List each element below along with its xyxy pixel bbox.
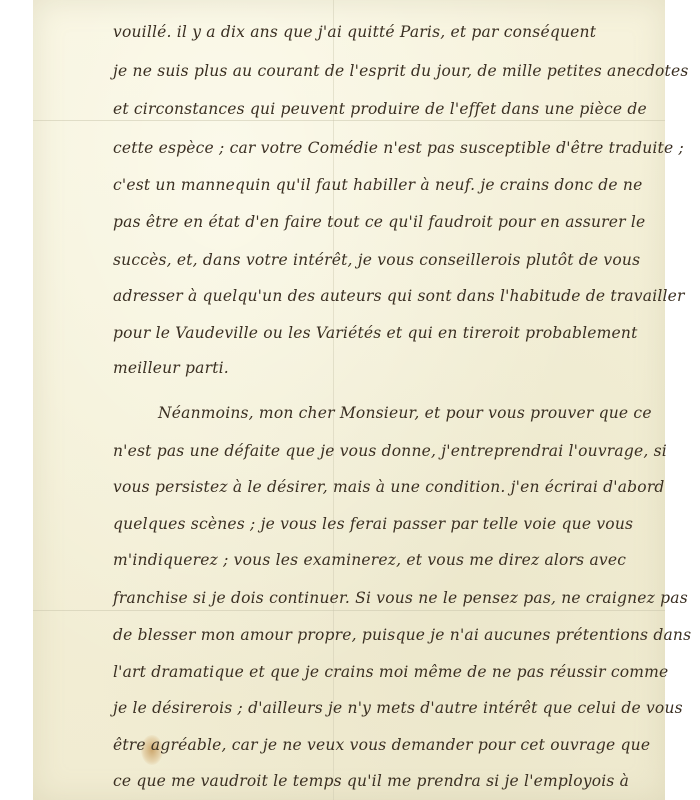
text-line: je ne suis plus au courant de l'esprit d…	[113, 62, 689, 80]
text-line: m'indiquerez ; vous les examinerez, et v…	[113, 551, 626, 569]
text-line: succès, et, dans votre intérêt, je vous …	[113, 251, 640, 269]
text-line: pas être en état d'en faire tout ce qu'i…	[113, 213, 645, 231]
text-line: l'art dramatique et que je crains moi mê…	[113, 663, 668, 681]
text-line: pour le Vaudeville ou les Variétés et qu…	[113, 324, 638, 342]
letter-page: vouillé. il y a dix ans que j'ai quitté …	[33, 0, 665, 800]
text-line: et circonstances qui peuvent produire de…	[113, 100, 647, 118]
text-line: c'est un mannequin qu'il faut habiller à…	[113, 176, 642, 194]
text-line: ce que me vaudroit le temps qu'il me pre…	[113, 772, 629, 790]
text-line: n'est pas une défaite que je vous donne,…	[113, 442, 667, 460]
text-line: quelques scènes ; je vous les ferai pass…	[113, 515, 633, 533]
text-line: être agréable, car je ne veux vous deman…	[113, 736, 650, 754]
text-line: vous persistez à le désirer, mais à une …	[113, 478, 665, 496]
text-line: franchise si je dois continuer. Si vous …	[113, 589, 688, 607]
text-line: adresser à quelqu'un des auteurs qui son…	[113, 287, 685, 305]
text-line: meilleur parti.	[113, 359, 229, 377]
text-line: cette espèce ; car votre Comédie n'est p…	[113, 139, 684, 157]
paper-fold	[33, 120, 665, 121]
text-line: Néanmoins, mon cher Monsieur, et pour vo…	[158, 404, 652, 422]
text-line: vouillé. il y a dix ans que j'ai quitté …	[113, 23, 596, 41]
paper-fold	[33, 610, 665, 611]
text-line: de blesser mon amour propre, puisque je …	[113, 626, 691, 644]
text-line: je le désirerois ; d'ailleurs je n'y met…	[113, 699, 683, 717]
